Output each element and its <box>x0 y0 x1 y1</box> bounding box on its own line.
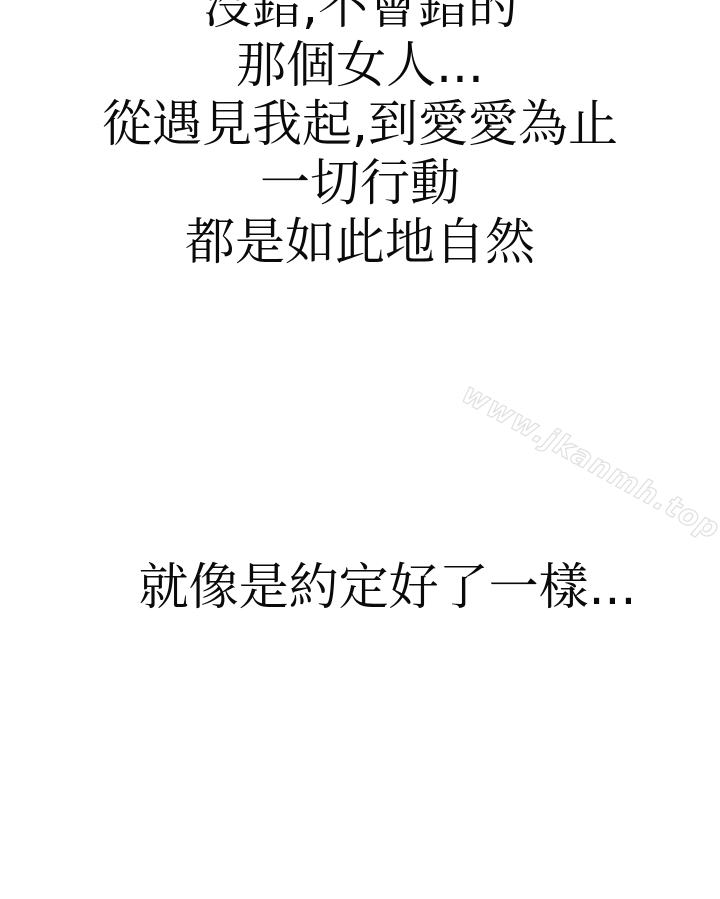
narration-bottom-line: 就像是約定好了一樣... <box>55 557 720 617</box>
narration-top-block: 沒錯,不會錯的 那個女人... 從遇見我起,到愛愛為止 一切行動 都是如此地自然 <box>0 0 720 272</box>
comic-page: 沒錯,不會錯的 那個女人... 從遇見我起,到愛愛為止 一切行動 都是如此地自然… <box>0 0 720 899</box>
narration-line-3: 從遇見我起,到愛愛為止 <box>0 95 720 154</box>
narration-bottom-block: 就像是約定好了一樣... <box>0 557 720 617</box>
narration-line-5: 都是如此地自然 <box>0 213 720 272</box>
narration-line-4: 一切行動 <box>0 154 720 213</box>
narration-line-1: 沒錯,不會錯的 <box>0 0 720 36</box>
narration-line-2: 那個女人... <box>0 36 720 95</box>
site-watermark: www.jkanmh.top <box>457 376 720 546</box>
